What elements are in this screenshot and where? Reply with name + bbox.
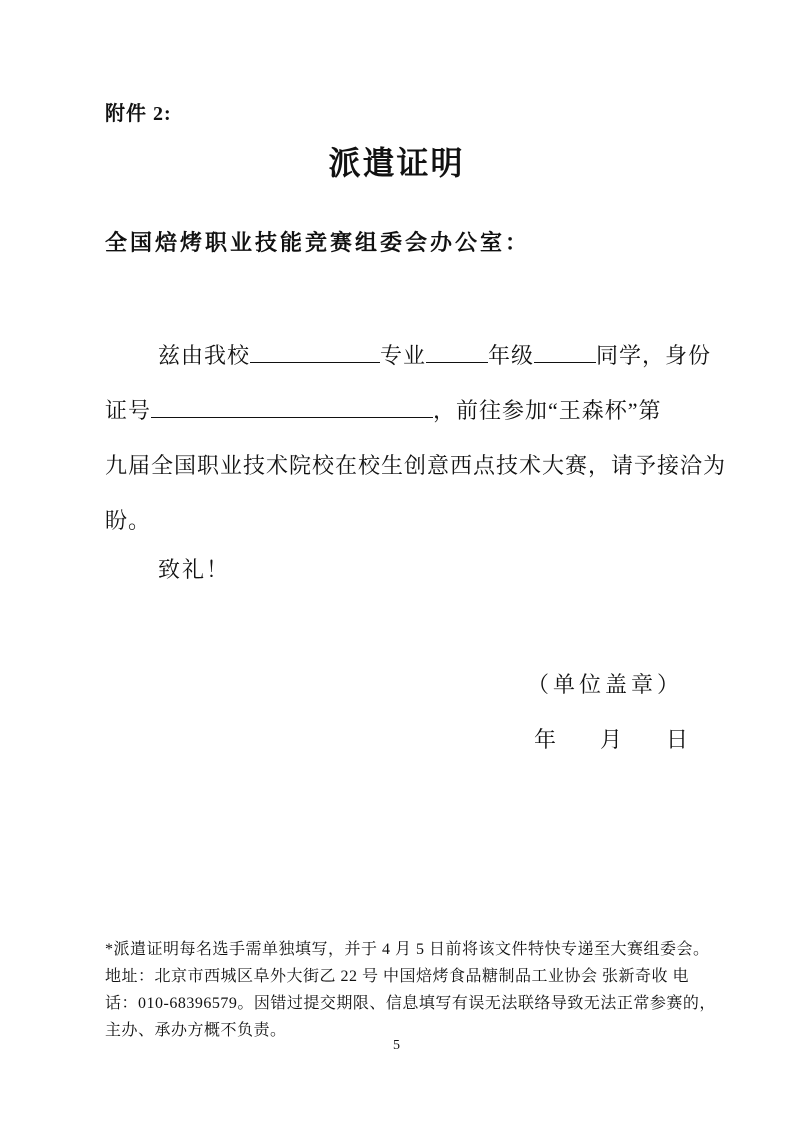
body-text-grade: 年级: [488, 343, 534, 368]
body-line-3: 九届全国职业技术院校在校生创意西点技术大赛，请予接洽为: [105, 438, 705, 493]
date-line: 年 月 日: [534, 723, 688, 754]
body-line-2: 证号，前往参加“王森杯”第: [105, 383, 705, 438]
id-number-blank-field: [151, 412, 433, 418]
body-text-major: 专业: [380, 343, 426, 368]
body-text-event: ，前往参加“王森杯”第: [433, 398, 662, 423]
unit-seal-note: （单位盖章）: [527, 668, 683, 699]
closing-salute: 致礼！: [158, 553, 230, 584]
document-page: 附件 2: 派遣证明 全国焙烤职业技能竞赛组委会办公室： 兹由我校专业年级同学，…: [0, 0, 793, 1122]
page-title: 派遣证明: [0, 138, 793, 184]
body-line-4: 盼。: [105, 493, 705, 548]
footer-line-1: *派遣证明每名选手需单独填写，并于 4 月 5 日前将该文件特快专递至大赛组委会…: [105, 936, 705, 963]
attachment-label: 附件 2:: [105, 97, 172, 126]
footer-line-3: 话：010-68396579。因错过提交期限、信息填写有误无法联络导致无法正常参…: [105, 990, 705, 1017]
body-text-student: 同学，身份: [596, 343, 711, 368]
major-blank-field: [426, 357, 488, 363]
grade-blank-field: [534, 357, 596, 363]
salutation-line: 全国焙烤职业技能竞赛组委会办公室：: [105, 226, 530, 257]
body-line-1: 兹由我校专业年级同学，身份: [105, 328, 705, 383]
footer-line-2: 地址：北京市西城区阜外大街乙 22 号 中国焙烤食品糖制品工业协会 张新奇收 电: [105, 963, 705, 990]
school-blank-field: [250, 357, 380, 363]
body-text-intro: 兹由我校: [158, 343, 250, 368]
body-text-idlabel: 证号: [105, 398, 151, 423]
footer-note: *派遣证明每名选手需单独填写，并于 4 月 5 日前将该文件特快专递至大赛组委会…: [105, 936, 705, 1044]
body-paragraph: 兹由我校专业年级同学，身份 证号，前往参加“王森杯”第 九届全国职业技术院校在校…: [105, 328, 705, 548]
page-number: 5: [0, 1038, 793, 1054]
